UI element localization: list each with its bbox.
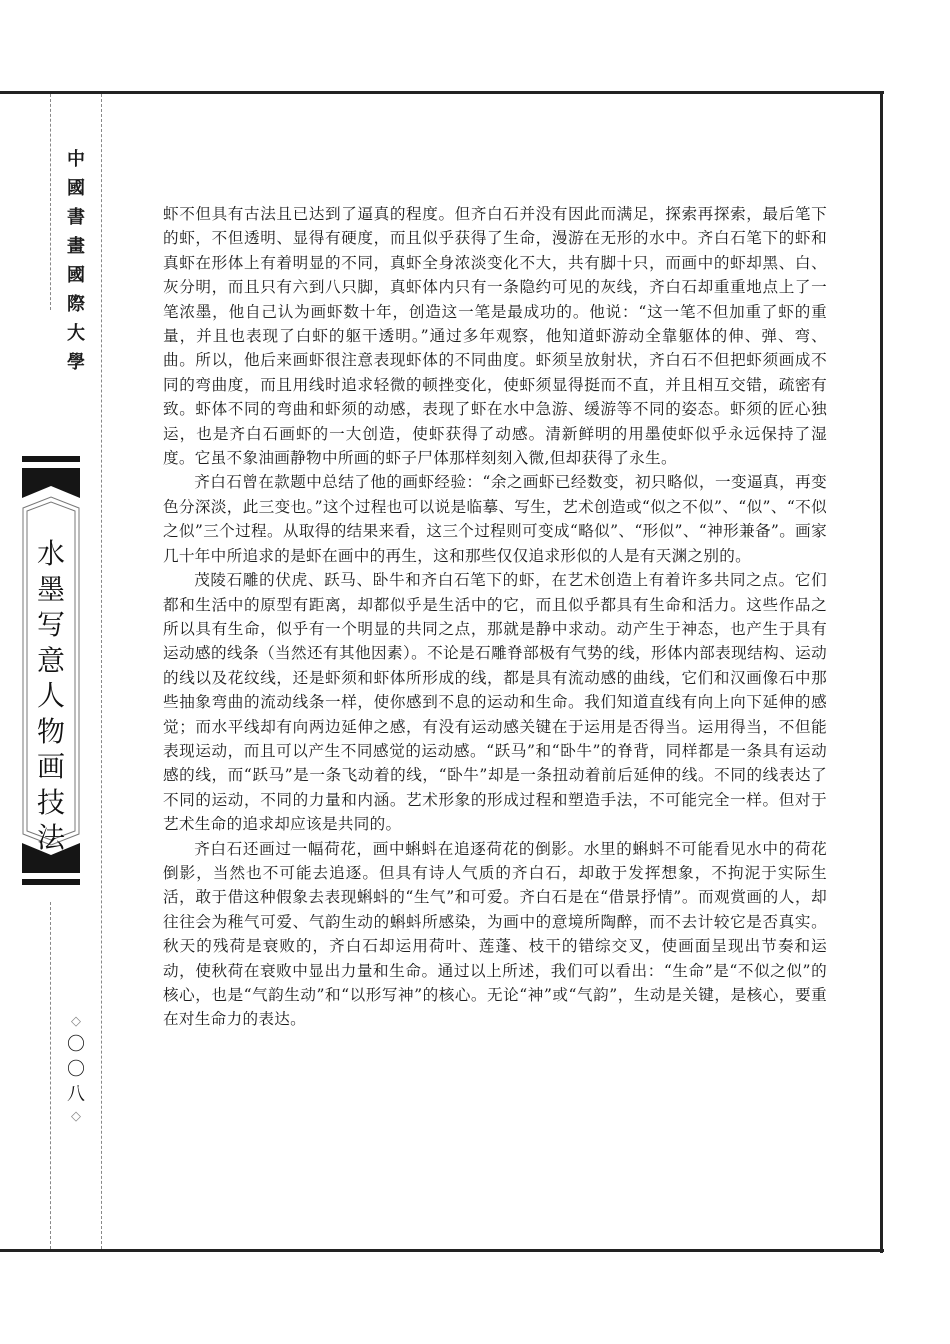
page-number-digit: 〇 xyxy=(67,1032,85,1057)
book-title-char: 写 xyxy=(37,607,65,643)
series-title-char: 大 xyxy=(67,322,85,346)
book-title: 水 墨 写 意 人 物 画 技 法 xyxy=(22,536,80,856)
page-frame-top-border xyxy=(0,91,884,94)
book-title-char: 技 xyxy=(37,785,65,821)
banner-bottom-bar xyxy=(22,879,80,885)
series-title-char: 畫 xyxy=(67,235,85,259)
paragraph: 齐白石曾在款题中总结了他的画虾经验：“余之画虾已经数变，初只略似，一变逼真，再变… xyxy=(163,470,827,568)
series-title-char: 國 xyxy=(67,177,85,201)
book-title-char: 人 xyxy=(37,678,65,714)
paragraph: 虾不但具有古法且已达到了逼真的程度。但齐白石并没有因此而满足，探索再探索，最后笔… xyxy=(163,202,827,470)
series-title-char: 學 xyxy=(67,351,85,375)
page-number-digit: 〇 xyxy=(67,1057,85,1082)
margin-rule-inner xyxy=(101,94,102,1249)
margin-rule-outer-upper xyxy=(50,94,51,310)
book-title-char: 水 xyxy=(37,536,65,572)
book-title-char: 物 xyxy=(37,714,65,750)
body-text: 虾不但具有古法且已达到了逼真的程度。但齐白石并没有因此而满足，探索再探索，最后笔… xyxy=(163,202,827,1032)
page-frame-right-border xyxy=(880,91,883,1253)
series-title-char: 中 xyxy=(67,148,85,172)
book-title-banner: 水 墨 写 意 人 物 画 技 法 xyxy=(22,456,80,886)
series-title-char: 國 xyxy=(67,264,85,288)
series-title-char: 書 xyxy=(67,206,85,230)
paragraph: 齐白石还画过一幅荷花，画中蝌蚪在追逐荷花的倒影。水里的蝌蚪不可能看见水中的荷花倒… xyxy=(163,837,827,1032)
book-title-char: 意 xyxy=(37,643,65,679)
banner-top-chevron-icon xyxy=(22,468,80,498)
banner-bottom-chevron-icon xyxy=(22,843,80,873)
page-number: ◇ 〇 〇 八 ◇ xyxy=(62,1012,90,1127)
page-number-digit: 八 xyxy=(67,1082,85,1107)
diamond-ornament-icon: ◇ xyxy=(71,1107,81,1127)
series-title-char: 際 xyxy=(67,293,85,317)
book-title-char: 墨 xyxy=(37,572,65,608)
book-title-char: 画 xyxy=(37,749,65,785)
margin-rule-outer-lower xyxy=(50,902,51,1249)
banner-top-bar xyxy=(22,456,80,462)
diamond-ornament-icon: ◇ xyxy=(71,1012,81,1032)
page-frame-bottom-border xyxy=(0,1249,884,1252)
paragraph: 茂陵石雕的伏虎、跃马、卧牛和齐白石笔下的虾，在艺术创造上有着许多共同之点。它们都… xyxy=(163,568,827,836)
series-title: 中 國 書 畫 國 際 大 學 xyxy=(64,148,88,375)
